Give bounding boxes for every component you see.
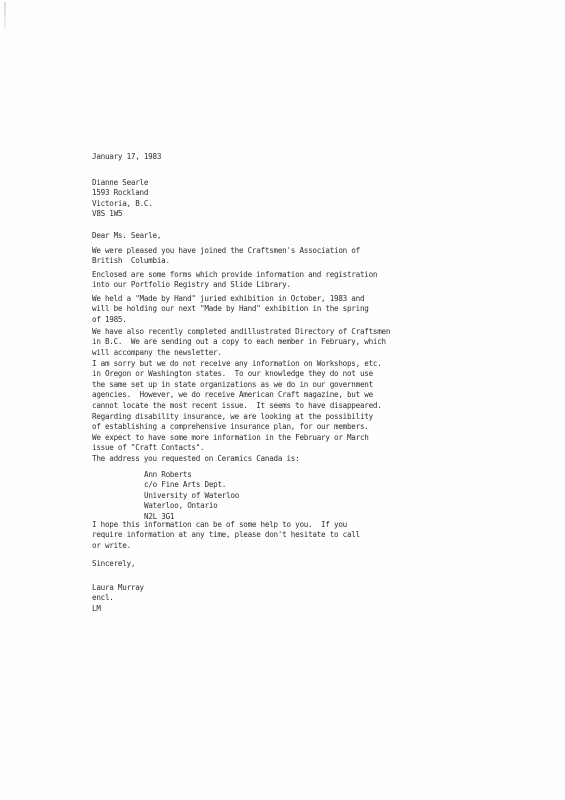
paragraph-7: The address you requested on Ceramics Ca…	[92, 454, 299, 464]
address-line: c/o Fine Arts Dept.	[144, 480, 239, 490]
paragraph-line: I hope this information can be of some h…	[92, 520, 360, 530]
address-line: University of Waterloo	[144, 491, 239, 501]
recipient-line: Dianne Searle	[92, 178, 153, 188]
paragraph-line: We have also recently completed andillus…	[92, 327, 390, 337]
paragraph-5: I am sorry but we do not receive any inf…	[92, 359, 382, 411]
signature-block: Laura Murray encl. LM	[92, 583, 144, 614]
recipient-line: 1593 Rockland	[92, 188, 153, 198]
closing-text: Sincerely,	[92, 559, 135, 569]
paragraph-line: into our Portfolio Registry and Slide Li…	[92, 280, 377, 290]
enclosure-note: encl.	[92, 593, 144, 603]
paragraph-line: the same set up in state organizations a…	[92, 380, 382, 390]
signer-name: Laura Murray	[92, 583, 144, 593]
paragraph-line: We were pleased you have joined the Craf…	[92, 246, 360, 256]
paragraph-line: require information at any time, please …	[92, 530, 360, 540]
paragraph-line: of 1985.	[92, 315, 369, 325]
paragraph-2: Enclosed are some forms which provide in…	[92, 270, 377, 291]
paragraph-line: will accompany the newsletter.	[92, 348, 390, 358]
paragraph-line: I am sorry but we do not receive any inf…	[92, 359, 382, 369]
letter-date: January 17, 1983	[92, 152, 161, 162]
paragraph-line: will be holding our next "Made by Hand" …	[92, 304, 369, 314]
paragraph-line: We held a "Made by Hand" juried exhibiti…	[92, 294, 369, 304]
recipient-address: Dianne Searle 1593 Rockland Victoria, B.…	[92, 178, 153, 220]
closing-paragraph: I hope this information can be of some h…	[92, 520, 360, 551]
paragraph-line: in Oregon or Washington states. To our k…	[92, 369, 382, 379]
paragraph-line: or write.	[92, 541, 360, 551]
ceramics-canada-address: Ann Roberts c/o Fine Arts Dept. Universi…	[92, 470, 239, 522]
salutation: Dear Ms. Searle,	[92, 231, 161, 241]
paragraph-line: The address you requested on Ceramics Ca…	[92, 454, 299, 464]
address-line: Waterloo, Ontario	[144, 501, 239, 511]
paragraph-line: Regarding disability insurance, we are l…	[92, 412, 373, 422]
recipient-line: Victoria, B.C.	[92, 199, 153, 209]
paragraph-line: in B.C. We are sending out a copy to eac…	[92, 337, 390, 347]
paragraph-1: We were pleased you have joined the Craf…	[92, 246, 360, 267]
paragraph-line: British Columbia.	[92, 256, 360, 266]
scan-artifact	[4, 2, 6, 30]
salutation-text: Dear Ms. Searle,	[92, 231, 161, 241]
recipient-line: V8S 1W5	[92, 209, 153, 219]
paragraph-4: We have also recently completed andillus…	[92, 327, 390, 358]
letter-page: January 17, 1983 Dianne Searle 1593 Rock…	[0, 0, 565, 800]
date-text: January 17, 1983	[92, 152, 161, 162]
paragraph-line: agencies. However, we do receive America…	[92, 390, 382, 400]
paragraph-line: cannot locate the most recent issue. It …	[92, 401, 382, 411]
paragraph-3: We held a "Made by Hand" juried exhibiti…	[92, 294, 369, 325]
initials: LM	[92, 604, 144, 614]
paragraph-6: Regarding disability insurance, we are l…	[92, 412, 373, 454]
paragraph-line: of establishing a comprehensive insuranc…	[92, 422, 373, 432]
paragraph-line: issue of "Craft Contacts".	[92, 443, 373, 453]
paragraph-line: Enclosed are some forms which provide in…	[92, 270, 377, 280]
closing: Sincerely,	[92, 559, 135, 569]
paragraph-line: We expect to have some more information …	[92, 433, 373, 443]
address-line: Ann Roberts	[144, 470, 239, 480]
